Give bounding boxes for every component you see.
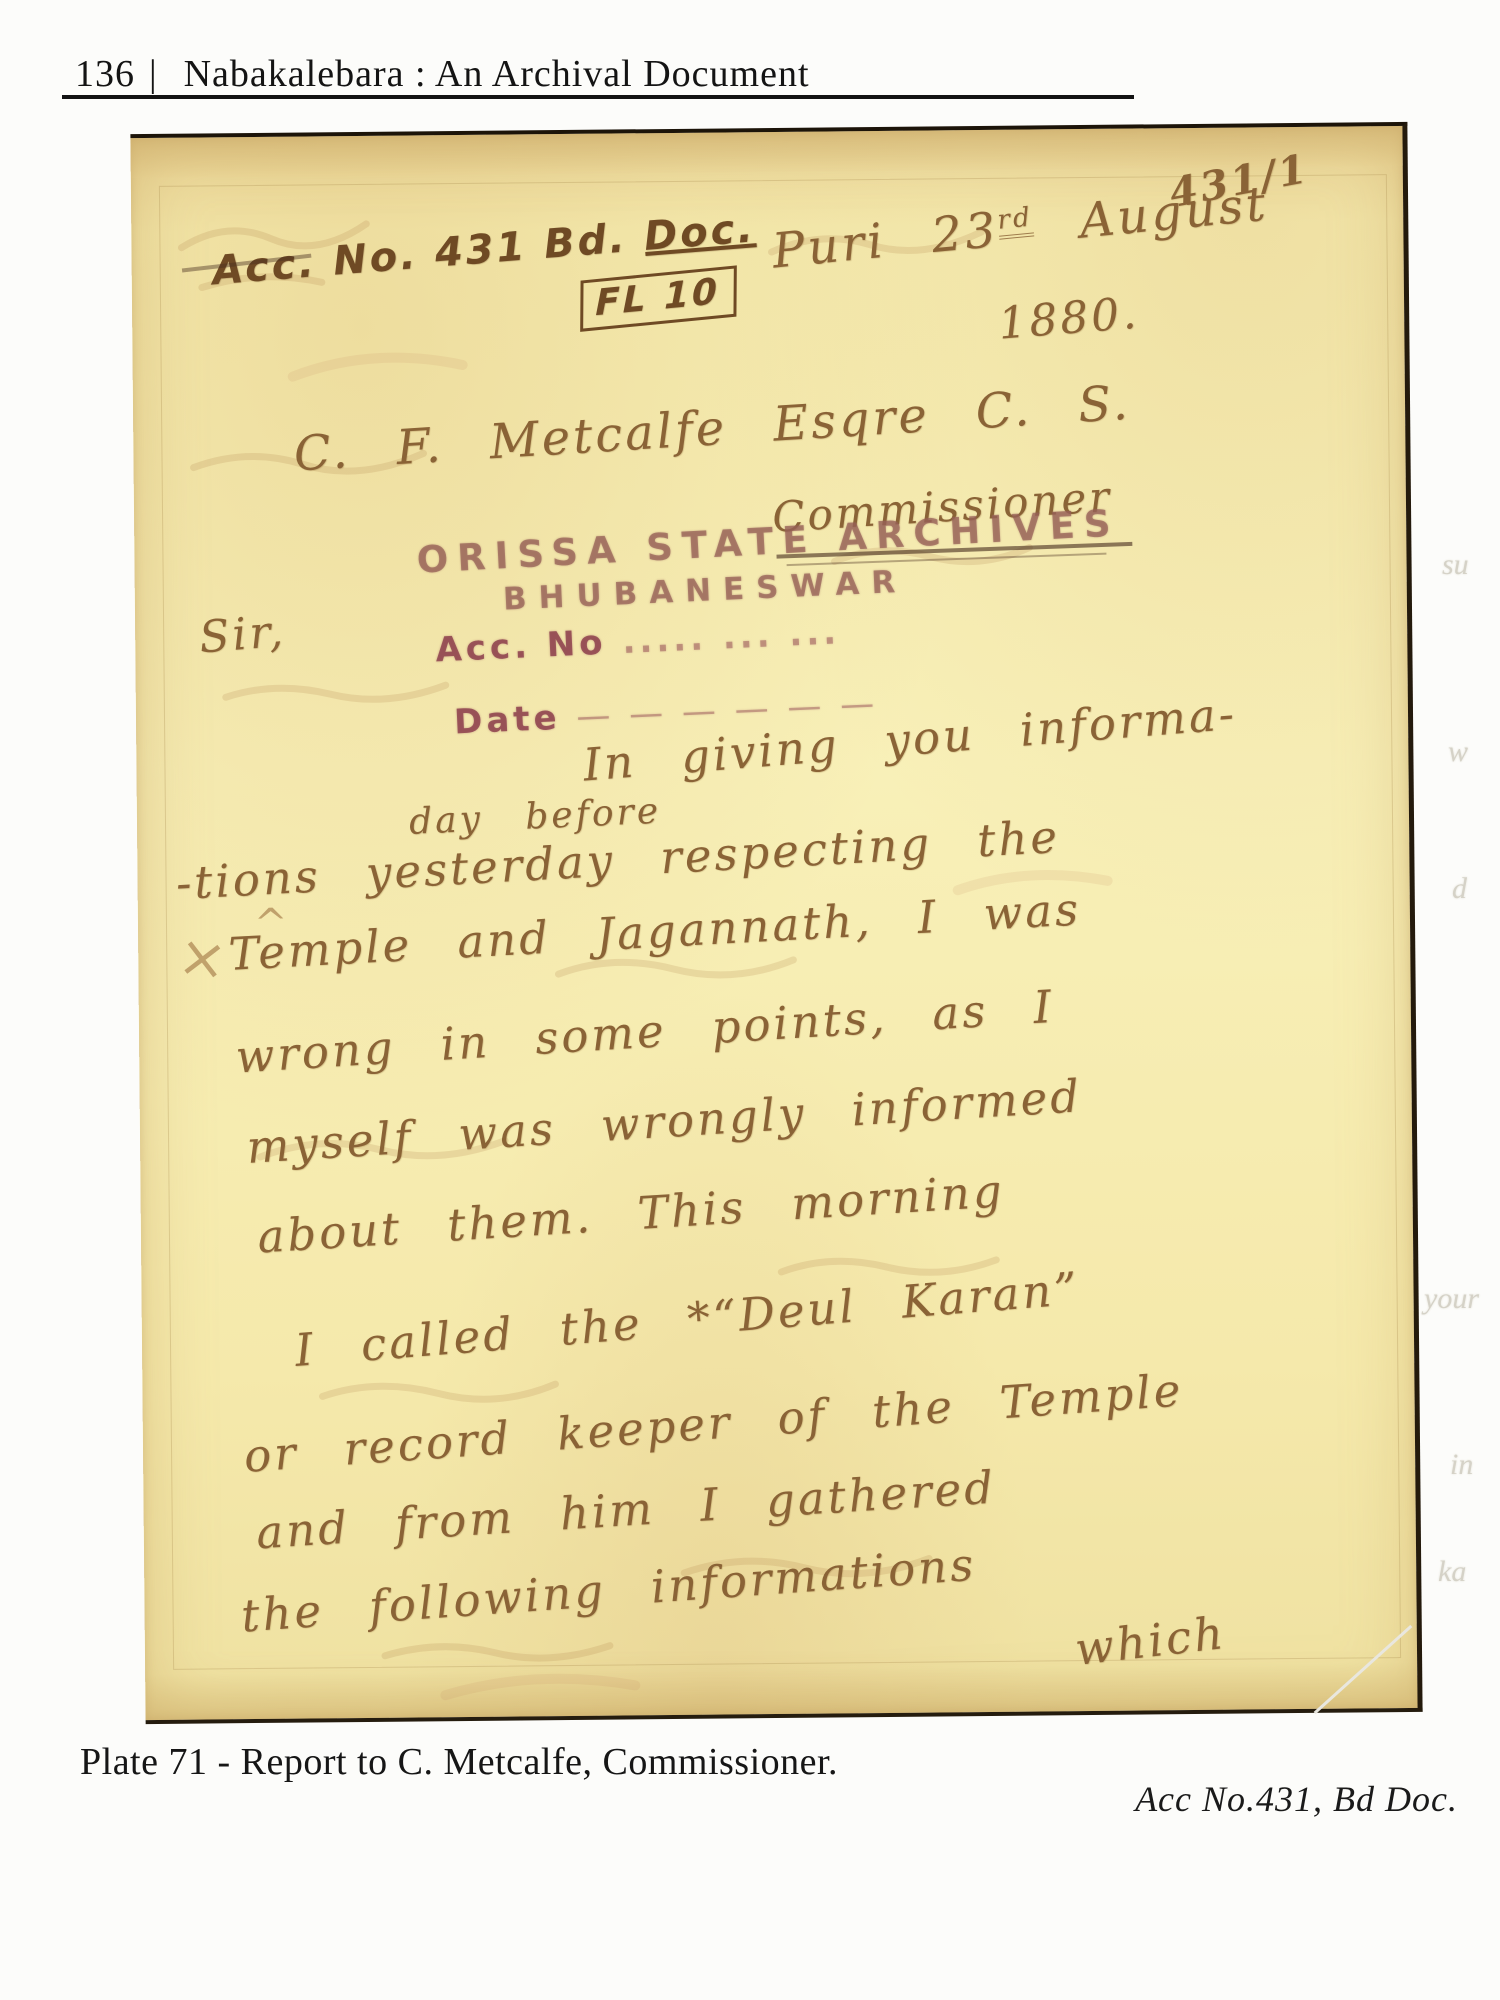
- date-stamp-label: Date: [453, 698, 561, 743]
- book-title: Nabakalebara : An Archival Document: [184, 53, 810, 95]
- photo-bottom-shade: [145, 1662, 1417, 1720]
- header-rule: [62, 95, 1134, 99]
- header-separator: |: [149, 52, 158, 96]
- page-number: 136: [75, 53, 135, 95]
- book-page: 136|Nabakalebara : An Archival Document: [0, 0, 1500, 2000]
- margin-bleed-text: ka: [1438, 1555, 1466, 1589]
- margin-bleed-text: su: [1442, 548, 1469, 582]
- salutation: Sir,: [197, 606, 287, 664]
- margin-bleed-text: in: [1450, 1448, 1473, 1482]
- page-header: 136|Nabakalebara : An Archival Document: [75, 52, 810, 96]
- folio-stamp-label: FL 10: [595, 271, 720, 324]
- acc-no-stamp-label: Acc. No: [435, 623, 608, 671]
- plate-caption: Plate 71 - Report to C. Metcalfe, Commis…: [80, 1740, 838, 1784]
- dateline-ordinal: rd: [996, 201, 1035, 239]
- correction-mark: ×: [174, 921, 231, 995]
- letter-photograph: 431/1 Acc. No. 431 Bd. Doc. FL 10 Puri 2…: [130, 122, 1422, 1724]
- margin-bleed-text: your: [1424, 1282, 1479, 1316]
- acc-annotation-doc: Doc.: [642, 205, 757, 260]
- source-reference: Acc No.431, Bd Doc.: [1135, 1778, 1458, 1820]
- margin-bleed-text: d: [1452, 872, 1467, 906]
- margin-bleed-text: w: [1448, 735, 1468, 769]
